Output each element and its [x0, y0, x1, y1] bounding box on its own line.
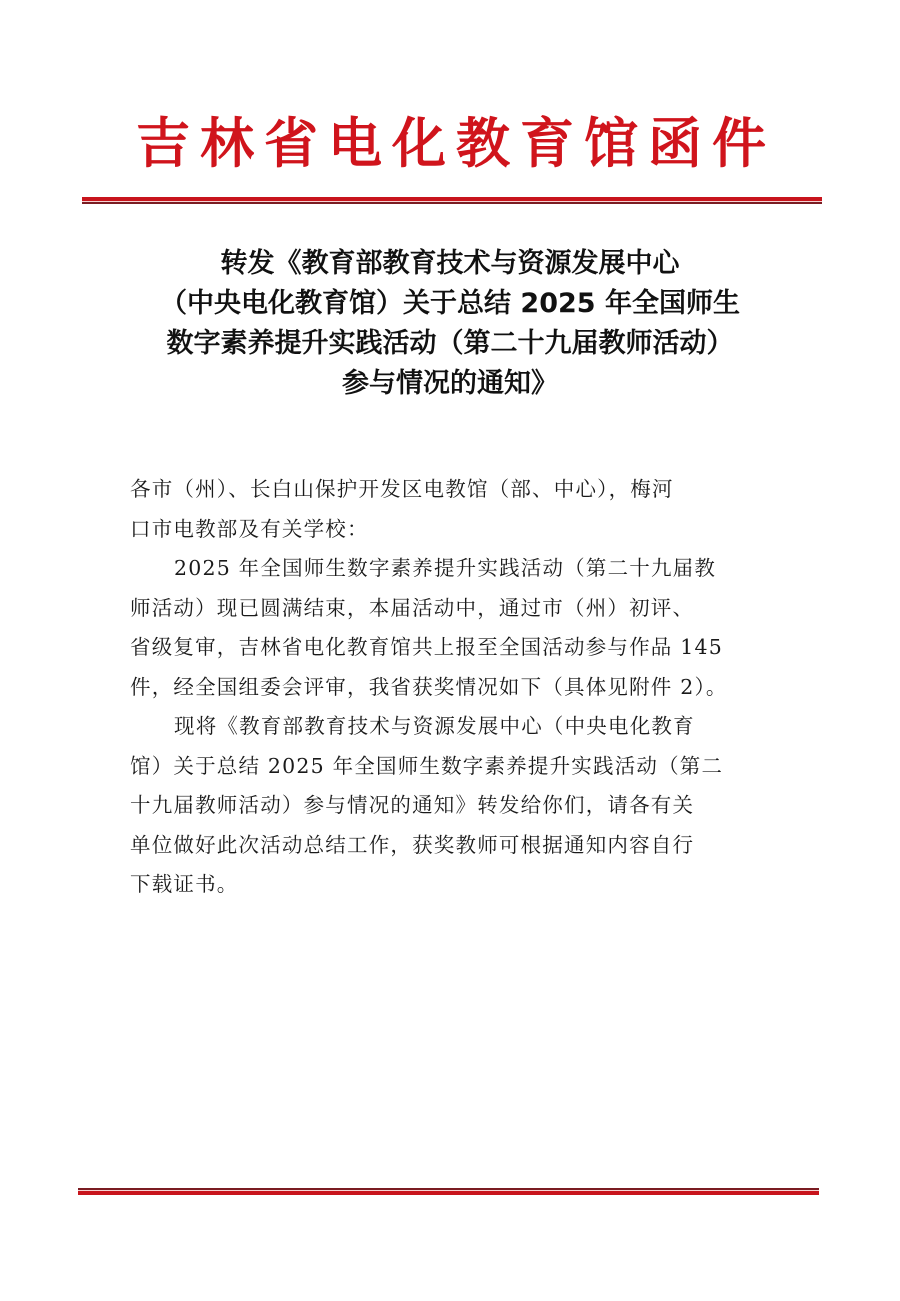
header-divider-thin-line — [82, 202, 822, 204]
salutation-line: 各市（州）、长白山保护开发区电教馆（部、中心），梅河 — [130, 470, 790, 510]
header-divider — [82, 197, 822, 204]
letterhead-title: 吉林省电化教育馆函件 — [0, 108, 900, 178]
document-title: 转发《教育部教育技术与资源发展中心 （中央电化教育馆）关于总结 2025 年全国… — [0, 244, 900, 404]
paragraph-line: 现将《教育部教育技术与资源发展中心（中央电化教育 — [130, 707, 790, 747]
title-line: 参与情况的通知》 — [0, 364, 900, 404]
footer-divider-thick-line — [78, 1191, 819, 1195]
paragraph-line: 省级复审，吉林省电化教育馆共上报至全国活动参与作品 145 — [130, 628, 790, 668]
salutation-line: 口市电教部及有关学校： — [130, 510, 790, 550]
title-line: 数字素养提升实践活动（第二十九届教师活动） — [0, 324, 900, 364]
paragraph-line: 2025 年全国师生数字素养提升实践活动（第二十九届教 — [130, 549, 790, 589]
paragraph-line: 件，经全国组委会评审，我省获奖情况如下（具体见附件 2）。 — [130, 668, 790, 708]
paragraph-line: 馆）关于总结 2025 年全国师生数字素养提升实践活动（第二 — [130, 747, 790, 787]
footer-divider — [78, 1188, 819, 1195]
title-line: （中央电化教育馆）关于总结 2025 年全国师生 — [0, 284, 900, 324]
salutation: 各市（州）、长白山保护开发区电教馆（部、中心），梅河 口市电教部及有关学校： — [130, 470, 790, 549]
paragraph-line: 师活动）现已圆满结束，本届活动中，通过市（州）初评、 — [130, 589, 790, 629]
paragraph-line: 下载证书。 — [130, 865, 790, 905]
paragraph-forward-notice: 现将《教育部教育技术与资源发展中心（中央电化教育 馆）关于总结 2025 年全国… — [130, 707, 790, 905]
paragraph-results: 2025 年全国师生数字素养提升实践活动（第二十九届教 师活动）现已圆满结束，本… — [130, 549, 790, 707]
paragraph-line: 十九届教师活动）参与情况的通知》转发给你们，请各有关 — [130, 786, 790, 826]
paragraph-line: 单位做好此次活动总结工作，获奖教师可根据通知内容自行 — [130, 826, 790, 866]
document-body: 各市（州）、长白山保护开发区电教馆（部、中心），梅河 口市电教部及有关学校： 2… — [130, 470, 790, 905]
title-line: 转发《教育部教育技术与资源发展中心 — [0, 244, 900, 284]
